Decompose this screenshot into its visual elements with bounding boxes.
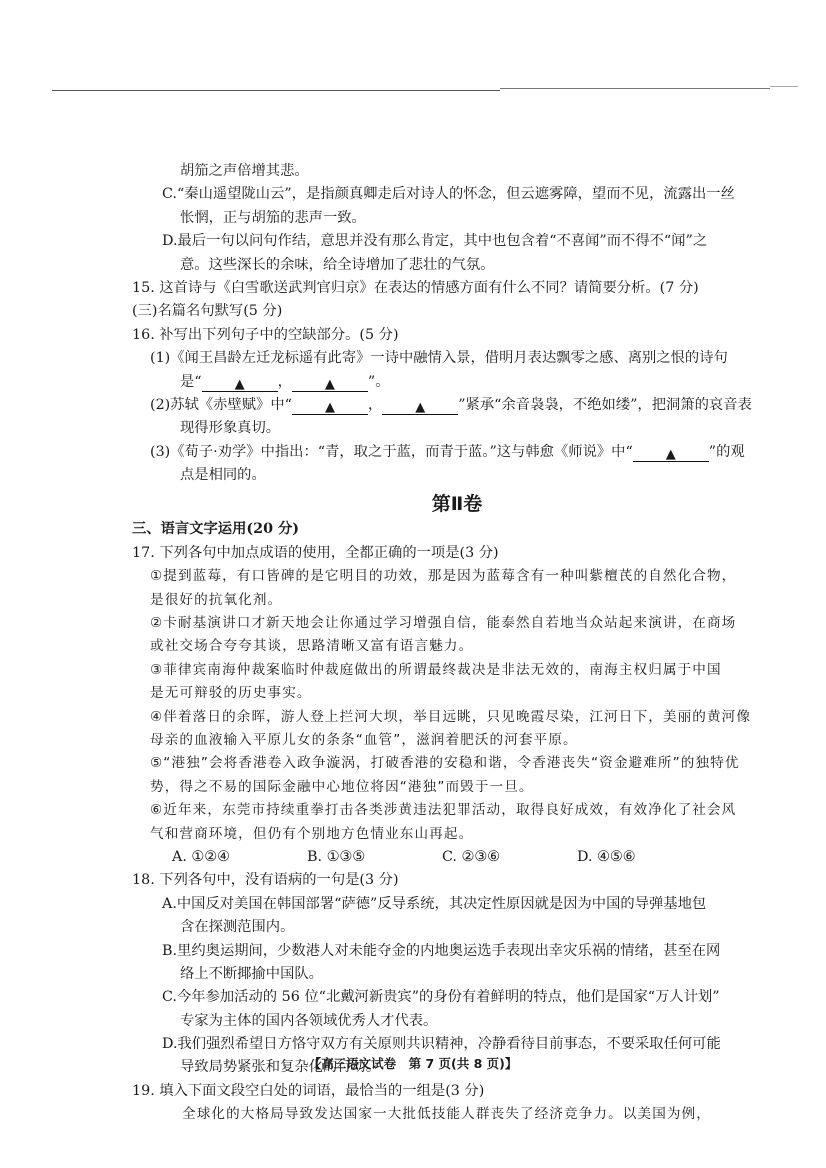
q18-option-a-line1: A.中国反对美国在韩国部署“萨德”反导系统，其决定性原因就是因为中国的导弹基地包 [132, 893, 782, 916]
q18-option-d-line1: D.我们强烈希望日方恪守双方有关原则共识精神，冷静看待目前事态，不要采取任何可能 [132, 1033, 782, 1056]
q16-item2-line2: 现得形象真切。 [132, 417, 782, 440]
part-3-title: 三、语言文字运用(20 分) [132, 518, 782, 541]
answer-blank[interactable]: ▲ [202, 373, 278, 392]
question-16-stem: 16. 补写出下列句子中的空缺部分。(5 分) [132, 324, 782, 347]
q17-option-d[interactable]: D. ④⑤⑥ [577, 846, 712, 869]
answer-blank[interactable]: ▲ [292, 373, 368, 392]
q17-sentence-5-line1: ⑤“港独”会将香港卷入政争漩涡，打破香港的安稳和谐，令香港丧失“资金避难所”的独… [132, 752, 782, 775]
header-rule-tail [770, 86, 798, 87]
volume-2-title: 第Ⅱ卷 [132, 490, 782, 518]
q17-sentence-2-line2: 或社交场合夸夸其谈，思路清晰又富有语言魅力。 [132, 635, 782, 658]
q17-sentence-2-line1: ②卡耐基演讲口才新天地会让你通过学习增强自信，能泰然自若地当众站起来演讲，在商场 [132, 612, 782, 635]
q14-option-c-line2: 怅惘，正与胡笳的悲声一致。 [132, 207, 782, 230]
q16-item2-line1: (2)苏轼《赤壁赋》中“▲，▲”紧承“余音袅袅，不绝如缕”，把洞箫的哀音表 [132, 394, 782, 417]
q16-item3-line1: (3)《荀子·劝学》中指出：“青，取之于蓝，而青于蓝。”这与韩愈《师说》中“▲”… [132, 441, 782, 464]
q17-sentence-6-line2: 气和营商环境，但仍有个别地方色情业东山再起。 [132, 823, 782, 846]
q14-option-c-line1: C.“秦山遥望陇山云”，是指颜真卿走后对诗人的怀念，但云遮雾障，望而不见，流露出… [132, 183, 782, 206]
triangle-marker-icon: ▲ [415, 400, 425, 415]
q14-option-d-line1: D.最后一句以问句作结，意思并没有那么肯定，其中也包含着“不喜闻”而不得不“闻”… [132, 230, 782, 253]
question-18-stem: 18. 下列各句中，没有语病的一句是(3 分) [132, 869, 782, 892]
q17-option-a[interactable]: A. ①②④ [172, 846, 307, 869]
q16-item3-line2: 点是相同的。 [132, 464, 782, 487]
q18-option-c-line1: C.今年参加活动的 56 位“北戴河新贵宾”的身份有着鲜明的特点，他们是国家“万… [132, 986, 782, 1009]
q18-option-c-line2: 专家为主体的国内各领域优秀人才代表。 [132, 1010, 782, 1033]
q17-sentence-1-line1: ①提到蓝莓，有口皆碑的是它明目的功效，那是因为蓝莓含有一种叫紫檀芪的自然化合物， [132, 565, 782, 588]
q17-sentence-1-line2: 是很好的抗氧化剂。 [132, 589, 782, 612]
q18-option-b-line2: 络上不断揶揄中国队。 [132, 963, 782, 986]
q14-option-b-continuation: 胡笳之声倍增其悲。 [132, 160, 782, 183]
answer-blank[interactable]: ▲ [633, 443, 709, 462]
q17-sentence-3-line2: 是无可辩驳的历史事实。 [132, 682, 782, 705]
section-3-title: (三)名篇名句默写(5 分) [132, 300, 782, 323]
q14-option-d-line2: 意。这些深长的余味，给全诗增加了悲壮的气氛。 [132, 254, 782, 277]
q17-sentence-5-line2: 势，得之不易的国际金融中心地位将因“港独”而毁于一旦。 [132, 776, 782, 799]
answer-blank[interactable]: ▲ [382, 396, 458, 415]
q18-option-a-line2: 含在探测范围内。 [132, 916, 782, 939]
triangle-marker-icon: ▲ [325, 400, 335, 415]
q19-passage-start: 全球化的大格局导致发达国家一大批低技能人群丧失了经济竞争力。以美国为例， [132, 1103, 782, 1126]
answer-blank[interactable]: ▲ [292, 396, 368, 415]
triangle-marker-icon: ▲ [325, 377, 335, 392]
question-15: 15. 这首诗与《白雪歌送武判官归京》在表达的情感方面有什么不同？请简要分析。(… [132, 277, 782, 300]
q17-sentence-3-line1: ③菲律宾南海仲裁案临时仲裁庭做出的所谓最终裁决是非法无效的，南海主权归属于中国 [132, 659, 782, 682]
page-footer: 【高三语文试卷 第 7 页(共 8 页)】 [0, 1054, 826, 1072]
q16-item1-line2: 是“▲，▲”。 [132, 371, 782, 394]
question-19-stem: 19. 填入下面文段空白处的词语，最恰当的一组是(3 分) [132, 1080, 782, 1103]
q17-sentence-4-line1: ④伴着落日的余晖，游人登上拦河大坝，举目远眺，只见晚霞尽染，江河日下，美丽的黄河… [132, 706, 782, 729]
header-rule-segment [500, 88, 770, 89]
exam-page: 胡笳之声倍增其悲。 C.“秦山遥望陇山云”，是指颜真卿走后对诗人的怀念，但云遮雾… [132, 160, 782, 1127]
q17-options: A. ①②④ B. ①③⑤ C. ②③⑥ D. ④⑤⑥ [132, 846, 782, 869]
q18-option-b-line1: B.里约奥运期间，少数港人对未能夺金的内地奥运选手表现出幸灾乐祸的情绪，甚至在网 [132, 940, 782, 963]
q17-option-b[interactable]: B. ①③⑤ [307, 846, 442, 869]
q17-option-c[interactable]: C. ②③⑥ [442, 846, 577, 869]
triangle-marker-icon: ▲ [235, 377, 245, 392]
triangle-marker-icon: ▲ [666, 447, 676, 462]
header-rule [52, 90, 500, 91]
q16-item1-line1: (1)《闻王昌龄左迁龙标遥有此寄》一诗中融情入景，借明月表达飘零之感、离别之恨的… [132, 347, 782, 370]
q17-sentence-4-line2: 母亲的血液输入平原儿女的条条“血管”，滋润着肥沃的河套平原。 [132, 729, 782, 752]
question-17-stem: 17. 下列各句中加点成语的使用，全都正确的一项是(3 分) [132, 542, 782, 565]
q17-sentence-6-line1: ⑥近年来，东莞市持续重拳打击各类涉黄违法犯罪活动，取得良好成效，有效净化了社会风 [132, 799, 782, 822]
